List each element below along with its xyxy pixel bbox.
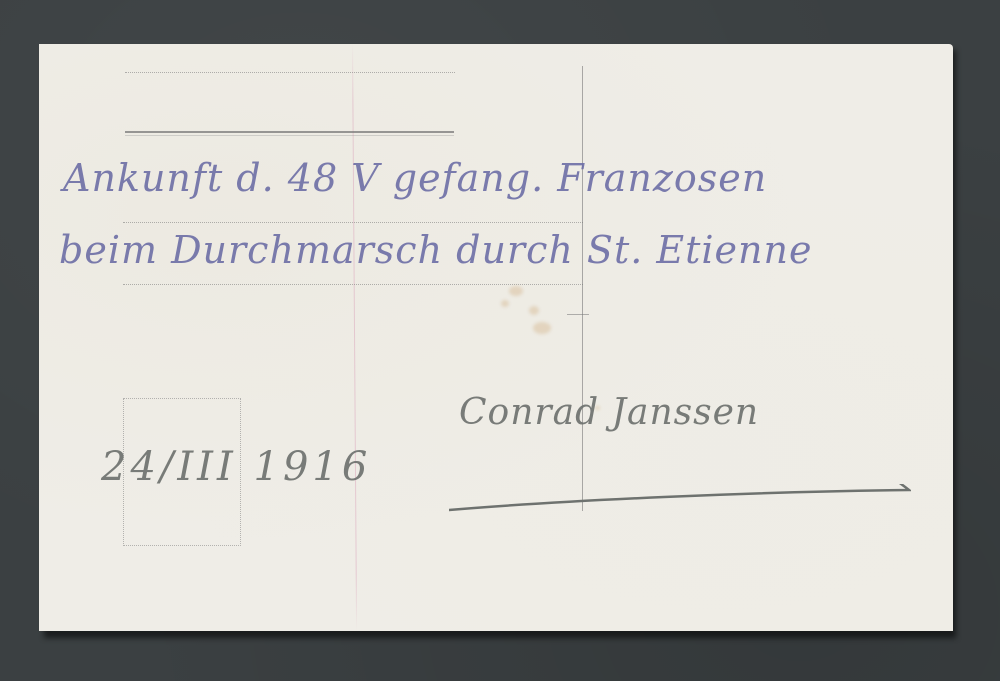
dotted-writing-line-1 xyxy=(123,222,583,223)
dotted-writing-line-2 xyxy=(123,284,583,285)
solid-rule-shadow-line xyxy=(125,135,454,136)
handwritten-signature: Conrad Janssen xyxy=(459,392,759,433)
foxing-stain xyxy=(529,306,539,315)
handwritten-message-line-2: beim Durchmarsch durch St. Etienne xyxy=(59,228,812,272)
dotted-address-line xyxy=(125,72,455,73)
handwritten-message-line-1: Ankunft d. 48 V gefang. Franzosen xyxy=(63,156,767,200)
handwritten-date: 24/III 1916 xyxy=(101,444,371,490)
foxing-stain xyxy=(501,300,509,307)
solid-rule-line xyxy=(125,131,454,133)
foxing-stain xyxy=(509,286,523,296)
center-divider-line xyxy=(582,66,583,511)
foxing-stain xyxy=(533,322,551,334)
postcard-back: Ankunft d. 48 V gefang. Franzosen beim D… xyxy=(39,44,953,631)
signature-flourish-underline xyxy=(449,484,911,514)
divider-tick-mark xyxy=(567,314,589,315)
